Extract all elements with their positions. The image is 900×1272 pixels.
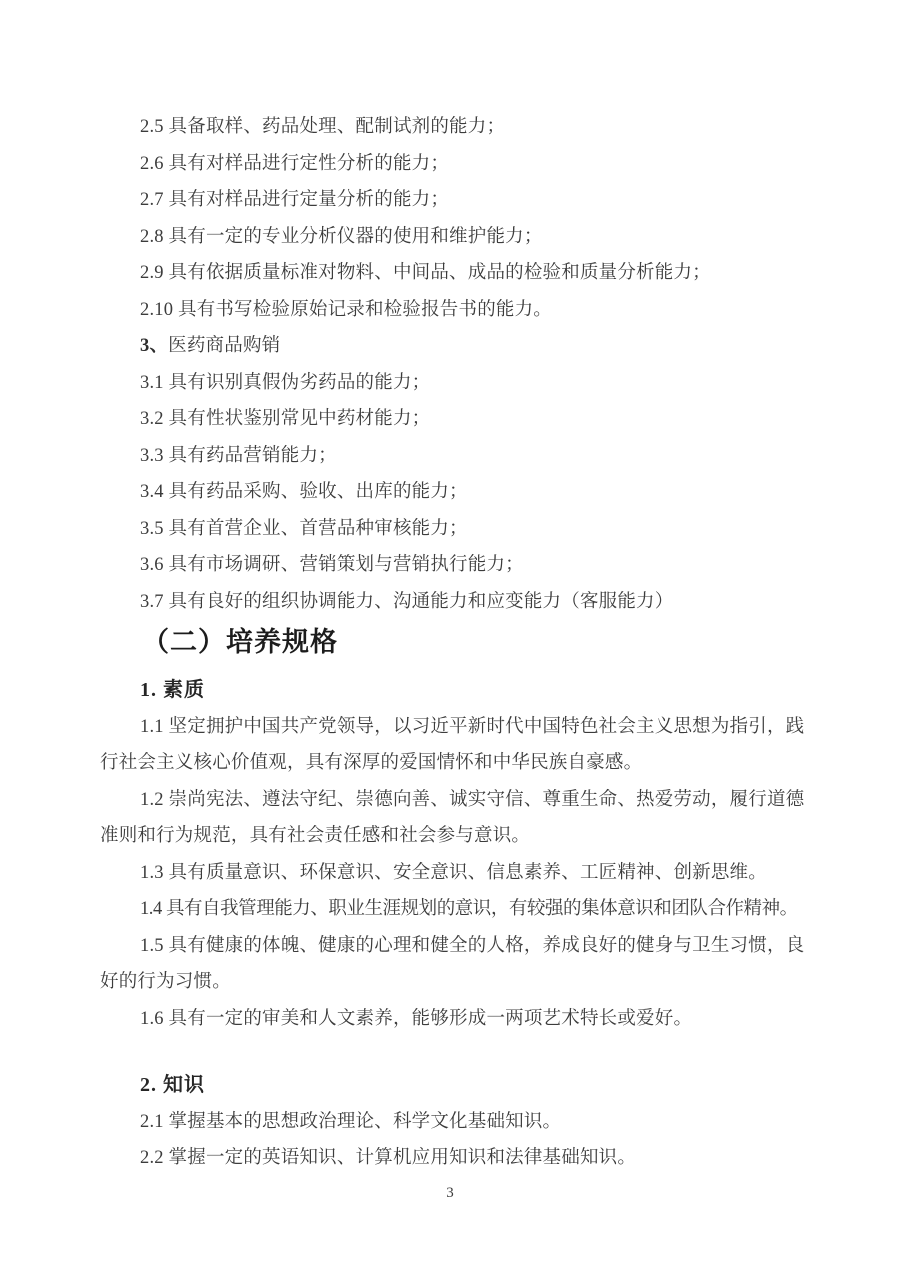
doc-line: 3.4 具有药品采购、验收、出库的能力； — [100, 474, 800, 511]
doc-line: 3.5 具有首营企业、首营品种审核能力； — [100, 511, 800, 548]
doc-line: 2.7 具有对样品进行定量分析的能力； — [100, 182, 800, 219]
section-heading-2: 1. 素质 — [100, 672, 800, 709]
doc-line: 1.1 坚定拥护中国共产党领导，以习近平新时代中国特色社会主义思想为指引，践 — [100, 709, 800, 746]
doc-line: 1.2 崇尚宪法、遵法守纪、崇德向善、诚实守信、尊重生命、热爱劳动，履行道德 — [100, 782, 800, 819]
doc-body: 2.5 具备取样、药品处理、配制试剂的能力；2.6 具有对样品进行定性分析的能力… — [100, 109, 800, 1177]
doc-line: 3.3 具有药品营销能力； — [100, 438, 800, 475]
doc-line: 3.2 具有性状鉴别常见中药材能力； — [100, 401, 800, 438]
list-number: 3、 — [140, 336, 168, 356]
doc-line: 1.3 具有质量意识、环保意识、安全意识、信息素养、工匠精神、创新思维。 — [100, 855, 800, 892]
doc-line: 好的行为习惯。 — [100, 964, 800, 1001]
doc-line: 3.7 具有良好的组织协调能力、沟通能力和应变能力（客服能力） — [100, 584, 800, 621]
doc-line: 3.6 具有市场调研、营销策划与营销执行能力； — [100, 547, 800, 584]
doc-line: 1.5 具有健康的体魄、健康的心理和健全的人格，养成良好的健身与卫生习惯，良 — [100, 928, 800, 965]
document-page: 2.5 具备取样、药品处理、配制试剂的能力；2.6 具有对样品进行定性分析的能力… — [0, 0, 900, 1272]
section-heading-1: （二）培养规格 — [100, 620, 800, 664]
page-number: 3 — [100, 1183, 800, 1203]
doc-line: 1.6 具有一定的审美和人文素养，能够形成一两项艺术特长或爱好。 — [100, 1001, 800, 1038]
doc-line: 2.8 具有一定的专业分析仪器的使用和维护能力； — [100, 219, 800, 256]
doc-line: 3.1 具有识别真假伪劣药品的能力； — [100, 365, 800, 402]
doc-line: 2.9 具有依据质量标准对物料、中间品、成品的检验和质量分析能力； — [100, 255, 800, 292]
doc-line: 准则和行为规范，具有社会责任感和社会参与意识。 — [100, 818, 800, 855]
doc-line: 2.2 掌握一定的英语知识、计算机应用知识和法律基础知识。 — [100, 1140, 800, 1177]
doc-line: 1.4 具有自我管理能力、职业生涯规划的意识，有较强的集体意识和团队合作精神。 — [100, 891, 800, 928]
doc-line: 2.10 具有书写检验原始记录和检验报告书的能力。 — [100, 292, 800, 329]
section-heading-2: 2. 知识 — [100, 1067, 800, 1104]
doc-line: 行社会主义核心价值观，具有深厚的爱国情怀和中华民族自豪感。 — [100, 745, 800, 782]
doc-line: 2.6 具有对样品进行定性分析的能力； — [100, 146, 800, 183]
doc-line: 2.5 具备取样、药品处理、配制试剂的能力； — [100, 109, 800, 146]
doc-line: 2.1 掌握基本的思想政治理论、科学文化基础知识。 — [100, 1104, 800, 1141]
doc-line: 3、医药商品购销 — [100, 328, 800, 365]
